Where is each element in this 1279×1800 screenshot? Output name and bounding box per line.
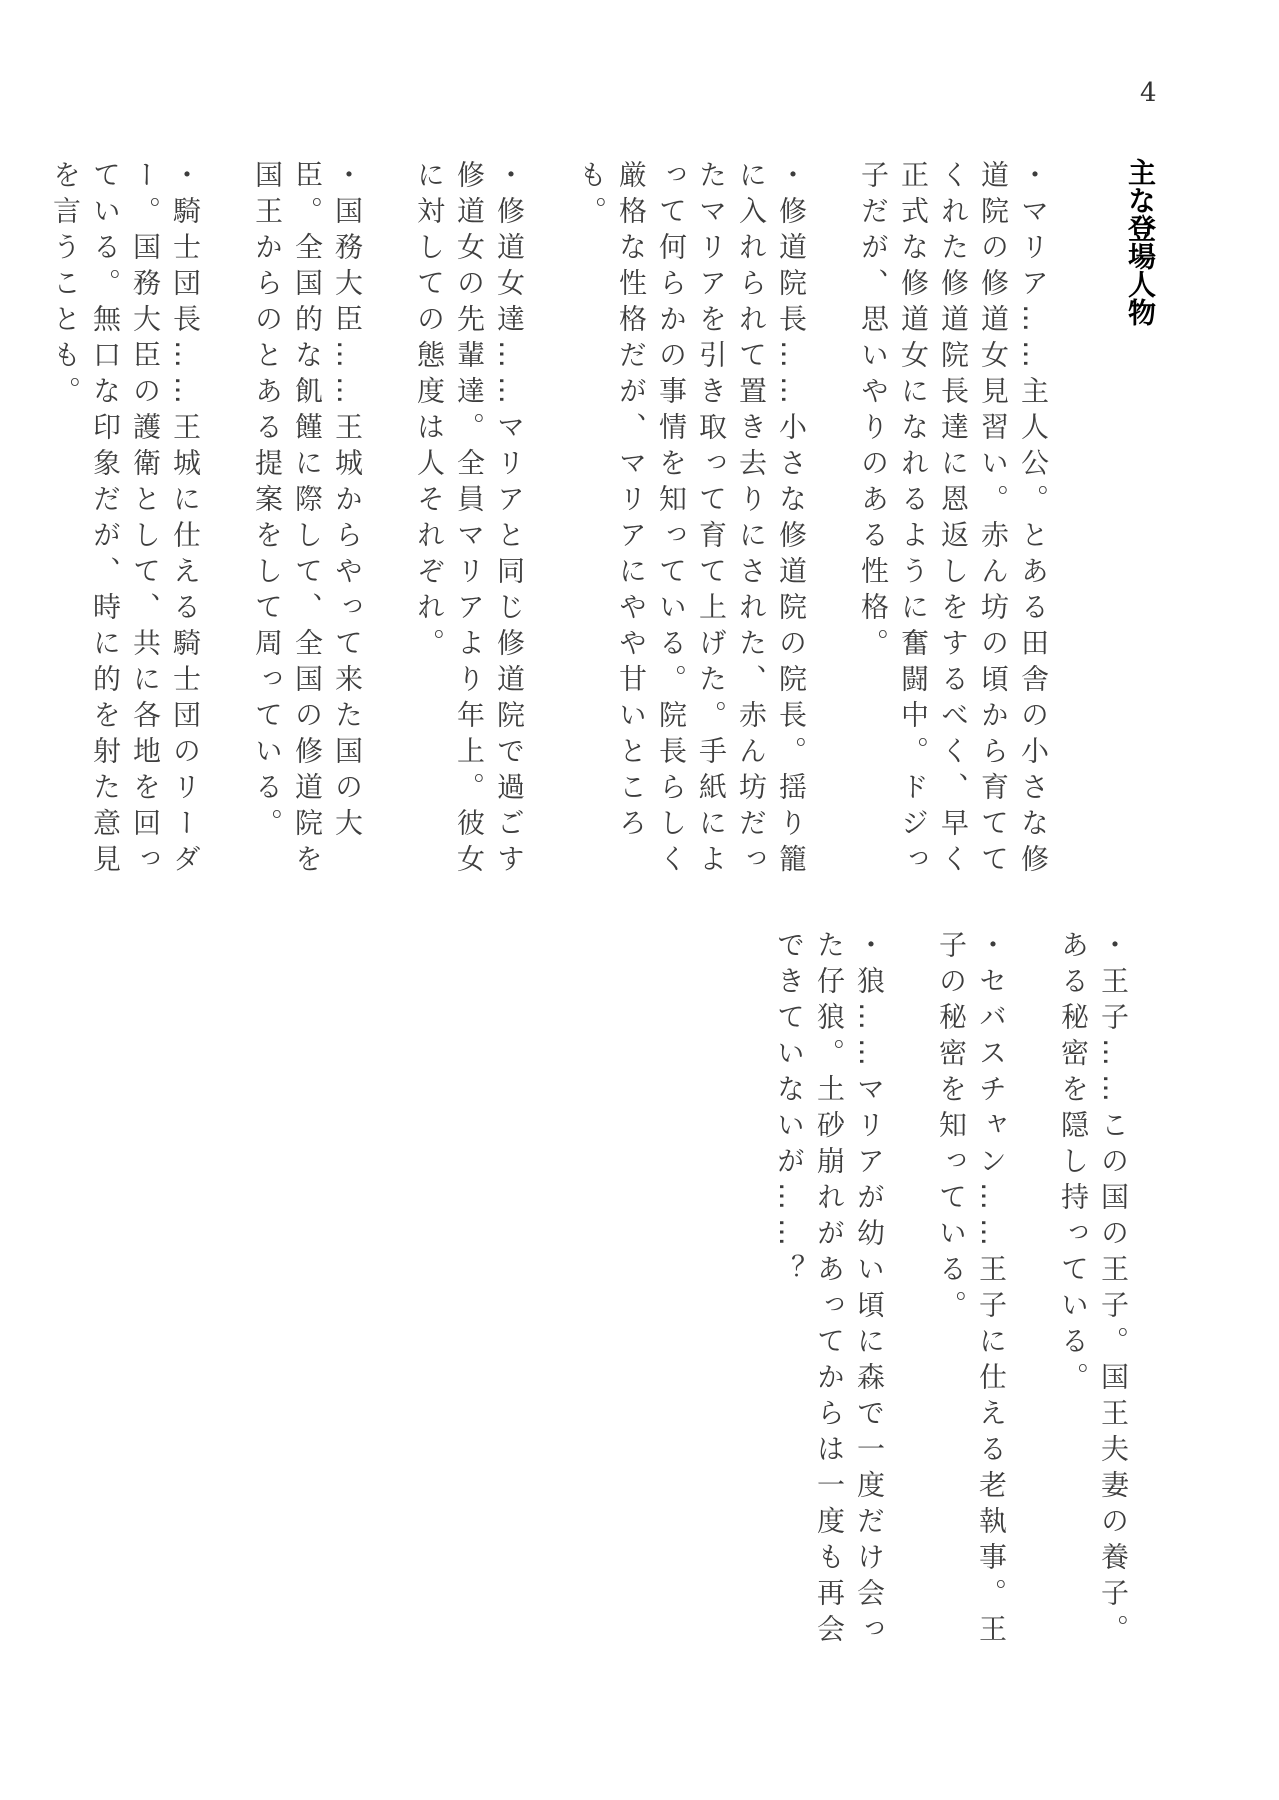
character-entry-maria: ・マリア……主人公。とある田舎の小さな修道院の修道女見習い。赤ん坊の頃から育てて… bbox=[853, 160, 1053, 880]
character-list-top: ・マリア……主人公。とある田舎の小さな修道院の修道女見習い。赤ん坊の頃から育てて… bbox=[3, 160, 1081, 880]
character-entry-knight-captain: ・騎士団長……王城に仕える騎士団のリーダー。国務大臣の護衛として、共に各地を回っ… bbox=[45, 160, 205, 880]
character-entry-nuns: ・修道女達……マリアと同じ修道院で過ごす修道女の先輩達。全員マリアより年上。彼女… bbox=[409, 160, 529, 880]
character-entry-sebastian: ・セバスチャン……王子に仕える老執事。王子の秘密を知っている。 bbox=[931, 930, 1011, 1650]
character-entry-wolf: ・狼……マリアが幼い頃に森で一度だけ会った仔狼。土砂崩れがあってからは一度も再会… bbox=[769, 930, 889, 1650]
page-title: 主な登場人物 bbox=[1120, 158, 1160, 326]
character-entry-abbess: ・修道院長……小さな修道院の院長。揺り籠に入れられて置き去りにされた、赤ん坊だっ… bbox=[571, 160, 811, 880]
character-entry-minister: ・国務大臣……王城からやって来た国の大臣。全国的な飢饉に際して、全国の修道院を国… bbox=[247, 160, 367, 880]
character-list-bottom: ・王子……この国の王子。国王夫妻の養子。ある秘密を隠し持っている。 ・セバスチャ… bbox=[727, 930, 1161, 1650]
page-number: 4 bbox=[1140, 78, 1157, 108]
character-entry-prince: ・王子……この国の王子。国王夫妻の養子。ある秘密を隠し持っている。 bbox=[1053, 930, 1133, 1650]
